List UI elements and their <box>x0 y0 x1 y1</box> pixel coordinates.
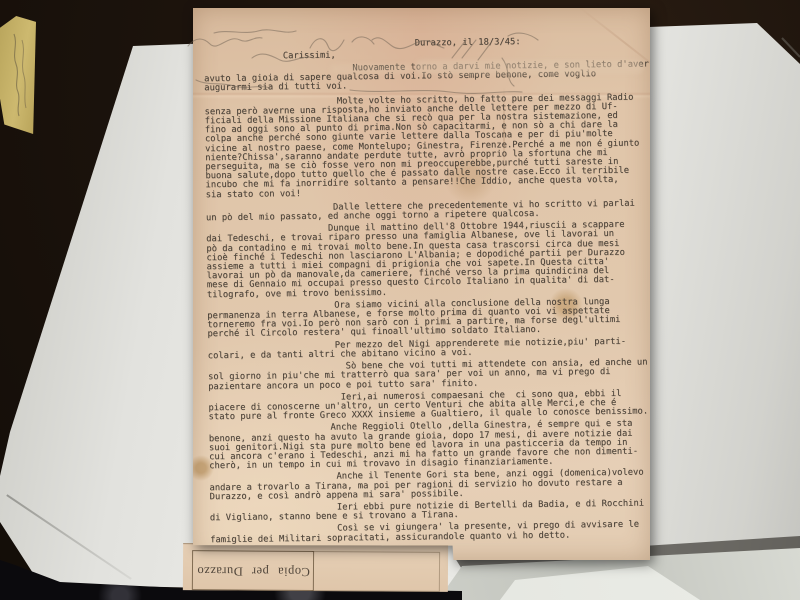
letter-paragraph: Dunque il mattino dell'8 Ottobre 1944,ri… <box>206 221 653 300</box>
letter-paragraph: Sò bene che voi tutti mi attendete con a… <box>208 358 654 391</box>
letter-salutation: Carissimi, <box>283 52 336 62</box>
letter-paragraph: Molte volte ho scritto, ho fatto pure de… <box>204 93 651 200</box>
letter-paragraph: Ieri,ai numerosi compaesani che ci sono … <box>208 389 654 422</box>
letter-paper: Durazzo, il 18/3/45: Carissimi, Nuovamen… <box>193 8 650 560</box>
photo-scene: Copia per Durazzo Durazzo, il 18/3/45: C… <box>0 0 800 600</box>
copy-stamp-label: Copia per Durazzo <box>196 563 309 579</box>
faded-ink-smudge <box>415 60 643 74</box>
margin-note-strip <box>0 16 36 134</box>
letter-paragraph: Ora siamo vicini alla conclusione della … <box>207 297 653 340</box>
letter-body: Nuovamente torno a darvi mie notizie, e … <box>204 60 656 548</box>
letter-paragraph: Anche il Tenente Gori sta bene, anzi ogg… <box>209 469 655 502</box>
letter-paragraph: Anche Reggioli Otello ,della Ginestra, é… <box>209 420 656 472</box>
handwritten-scribble-strip <box>0 16 36 134</box>
typed-text-layer: Durazzo, il 18/3/45: Carissimi, Nuovamen… <box>203 2 656 560</box>
letter-paragraph: Così se vi giungera' la presente, vi pre… <box>210 521 656 545</box>
letter-shadow-wrap: Durazzo, il 18/3/45: Carissimi, Nuovamen… <box>193 8 650 560</box>
faded-ink-smudge-small <box>330 64 412 74</box>
letter-dateline: Durazzo, il 18/3/45: <box>415 38 521 49</box>
